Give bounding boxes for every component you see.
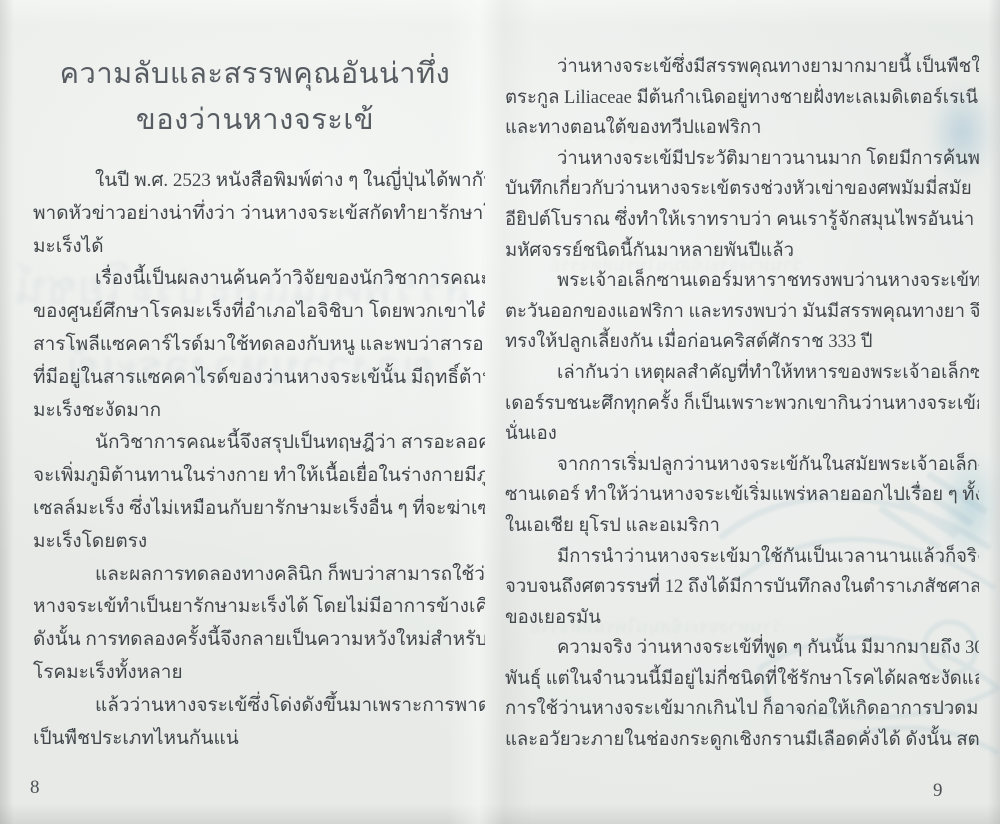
text-line: ทรงให้ปลูกเลี้ยงกัน เมื่อก่อนคริสต์ศักรา… (505, 327, 979, 358)
text-line: ของเยอรมัน (505, 603, 979, 634)
left-page-body: ในปี พ.ศ. 2523 หนังสือพิมพ์ต่าง ๆ ในญี่ป… (33, 165, 485, 755)
text-line: ความจริง ว่านหางจระเข้ที่พูด ๆ กันนั้น ม… (505, 633, 979, 664)
text-line: เดอร์รบชนะศึกทุกครั้ง ก็เป็นเพราะพวกเขาก… (505, 389, 979, 420)
text-line: และทางตอนใต้ของทวีปแอฟริกา (505, 113, 979, 144)
page-right: ว่านหางจระเข้สมุนไพรมหัศจรรย์ ว่านหางจระ… (490, 0, 1000, 824)
text-line: อียิปต์โบราณ ซึ่งทำให้เราทราบว่า คนเรารู… (505, 205, 979, 236)
text-line: นั่นเอง (505, 419, 979, 450)
text-line: พันธุ์ แต่ในจำนวนนี้มีอยู่ไม่กี่ชนิดที่ใ… (505, 664, 979, 695)
text-line: เล่ากันว่า เหตุผลสำคัญที่ทำให้ทหารของพระ… (505, 358, 979, 389)
text-line: แล้วว่านหางจระเข้ซึ่งโด่งดังขึ้นมาเพราะก… (33, 690, 485, 723)
text-line: บันทึกเกี่ยวกับว่านหางจระเข้ตรงช่วงหัวเข… (505, 174, 979, 205)
text-line: เรื่องนี้เป็นผลงานค้นคว้าวิจัยของนักวิชา… (33, 263, 485, 296)
text-line: จากการเริ่มปลูกว่านหางจระเข้กันในสมัยพระ… (505, 450, 979, 481)
text-line: มหัศจรรย์ชนิดนี้กันมาหลายพันปีแล้ว (505, 236, 979, 267)
chapter-title-line-2: ของว่านหางจระเข้ (30, 96, 480, 142)
text-line: หางจระเข้ทำเป็นยารักษามะเร็งได้ โดยไม่มี… (33, 591, 485, 624)
text-line: การใช้ว่านหางจระเข้มากเกินไป ก็อาจก่อให้… (505, 694, 979, 725)
text-line: และอวัยวะภายในช่องกระดูกเชิงกรานมีเลือดค… (505, 725, 979, 756)
text-line: มะเร็งได้ (33, 231, 485, 264)
text-line: พระเจ้าอเล็กซานเดอร์มหาราชทรงพบว่านหางจร… (505, 266, 979, 297)
text-line: ดังนั้น การทดลองครั้งนี้จึงกลายเป็นความห… (33, 624, 485, 657)
page-number-left: 8 (30, 777, 40, 799)
text-line: มีการนำว่านหางจระเข้มาใช้กันเป็นเวลานานแ… (505, 542, 979, 573)
chapter-title-line-1: ความลับและสรรพคุณอันน่าทึ่ง (30, 50, 480, 96)
text-line: ของศูนย์ศึกษาโรคมะเร็งที่อำเภอไอจิชิบา โ… (33, 296, 485, 329)
book-spread-photo: สรรพคุณและประโยชน์ ของว่านหางจระเข้ ความ… (0, 0, 1000, 824)
text-line: ตะวันออกของแอฟริกา และทรงพบว่า มันมีสรรพ… (505, 297, 979, 328)
text-line: นักวิชาการคณะนี้จึงสรุปเป็นทฤษฎีว่า สารอ… (33, 427, 485, 460)
text-line: เซลล์มะเร็ง ซึ่งไม่เหมือนกับยารักษามะเร็… (33, 493, 485, 526)
text-line: เป็นพืชประเภทไหนกันแน่ (33, 723, 485, 756)
text-line: จะเพิ่มภูมิต้านทานในร่างกาย ทำให้เนื้อเย… (33, 460, 485, 493)
text-line: โรคมะเร็งทั้งหลาย (33, 657, 485, 690)
text-line: มะเร็งชะงัดมาก (33, 395, 485, 428)
right-page-body: ว่านหางจระเข้ซึ่งมีสรรพคุณทางยามากมายนี้… (505, 52, 979, 756)
text-line: ตระกูล Liliaceae มีต้นกำเนิดอยู่ทางชายฝั… (505, 83, 979, 114)
text-line: ในเอเชีย ยุโรป และอเมริกา (505, 511, 979, 542)
text-line: จวบจนถึงศตวรรษที่ 12 ถึงได้มีการบันทึกลง… (505, 572, 979, 603)
page-number-right: 9 (933, 780, 943, 802)
text-line: ว่านหางจระเข้มีประวัติมายาวนานมาก โดยมีก… (505, 144, 979, 175)
text-line: มะเร็งโดยตรง (33, 526, 485, 559)
text-line: ที่มีอยู่ในสารแซคคาไรด์ของว่านหางจระเข้น… (33, 362, 485, 395)
text-line: และผลการทดลองทางคลินิก ก็พบว่าสามารถใช้ว… (33, 559, 485, 592)
text-line: ว่านหางจระเข้ซึ่งมีสรรพคุณทางยามากมายนี้… (505, 52, 979, 83)
text-line: ในปี พ.ศ. 2523 หนังสือพิมพ์ต่าง ๆ ในญี่ป… (33, 165, 485, 198)
text-line: ซานเดอร์ ทำให้ว่านหางจระเข้เริ่มแพร่หลาย… (505, 480, 979, 511)
text-line: พาดหัวข่าวอย่างน่าทึ่งว่า ว่านหางจระเข้ส… (33, 198, 485, 231)
page-left: สรรพคุณและประโยชน์ ของว่านหางจระเข้ ความ… (0, 0, 490, 824)
text-line: สารโพลีแซคคาร์ไรด์มาใช้ทดลองกับหนู และพบ… (33, 329, 485, 362)
